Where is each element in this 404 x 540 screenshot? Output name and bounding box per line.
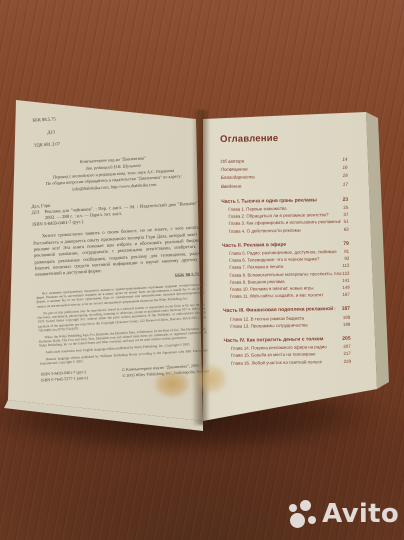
toc-page-number: 23 (343, 195, 349, 204)
toc-page-number: 37 (343, 211, 348, 218)
toc-page-number: 187 (342, 305, 350, 314)
imprint-page-content: ББК 88.5.75 Д13 УДК 681.3.07 Компьютерно… (26, 103, 209, 385)
avito-circle-icon (300, 500, 311, 511)
avito-circle-icon (289, 504, 297, 512)
toc-row: Глава 11. Web-сайты: создайте, и вас пос… (223, 291, 350, 300)
toc-heading: Оглавление (220, 132, 347, 145)
toc-title: Глава 13. Программы сотрудничества (230, 321, 308, 329)
toc-page-number: 79 (343, 239, 349, 248)
toc-title: Глава 4. О действенности рекламы (229, 226, 301, 234)
avito-circle-icon (290, 513, 305, 528)
toc-page-number: 14 (342, 156, 347, 164)
toc-page-number: 25 (343, 204, 348, 211)
toc-page-number: 17 (343, 180, 348, 188)
toc-page-number: 16 (343, 172, 348, 180)
legal-notices: Все названия программных продуктов являю… (36, 282, 208, 366)
toc-title: Глава 11. Web-сайты: создайте, и вас пос… (230, 291, 324, 300)
coffee-stain (190, 360, 232, 398)
toc-page-number: 205 (342, 335, 350, 344)
toc-row: Глава 13. Программы сотрудничества199 (223, 320, 350, 329)
udk-code: УДК 681.3.07 (34, 134, 196, 149)
avito-logo-icon (289, 500, 317, 528)
coffee-stain (148, 366, 196, 402)
book-annotation: Хотите громогласно заявить о своем бизне… (33, 225, 203, 279)
catalog-entry: Дал, Гэри Д13 Реклама для "чайников". : … (31, 194, 200, 228)
toc-page-number: 229 (344, 357, 351, 364)
toc-page-content: Оглавление Об авторе14 Посвящение16 Благ… (220, 132, 351, 367)
toc-title: Благодарности (221, 174, 255, 183)
avito-wordmark: Avito (322, 499, 399, 529)
toc-title: Введение (221, 182, 242, 191)
catalog-entry-code: Д13 (31, 209, 45, 222)
avito-watermark: Avito (289, 499, 399, 529)
publisher-imprint: Компьютерное изд-во "Диалектика" Зав. ре… (29, 153, 199, 196)
toc-page-number: 199 (343, 320, 350, 327)
catalog-code: Д13 (47, 121, 195, 135)
toc-page-number: 63 (344, 225, 349, 232)
avito-circle-icon (308, 516, 316, 524)
toc-row: Введение17 (221, 180, 348, 190)
toc-row: Глава 4. О действенности рекламы63 (222, 225, 349, 234)
library-codes: ББК 88.5.75 Д13 УДК 681.3.07 (32, 103, 196, 155)
toc-page-number: 167 (342, 291, 349, 298)
photo-of-open-book: ББК 88.5.75 Д13 УДК 681.3.07 Компьютерно… (0, 0, 404, 540)
toc-page-number: 16 (342, 164, 347, 172)
